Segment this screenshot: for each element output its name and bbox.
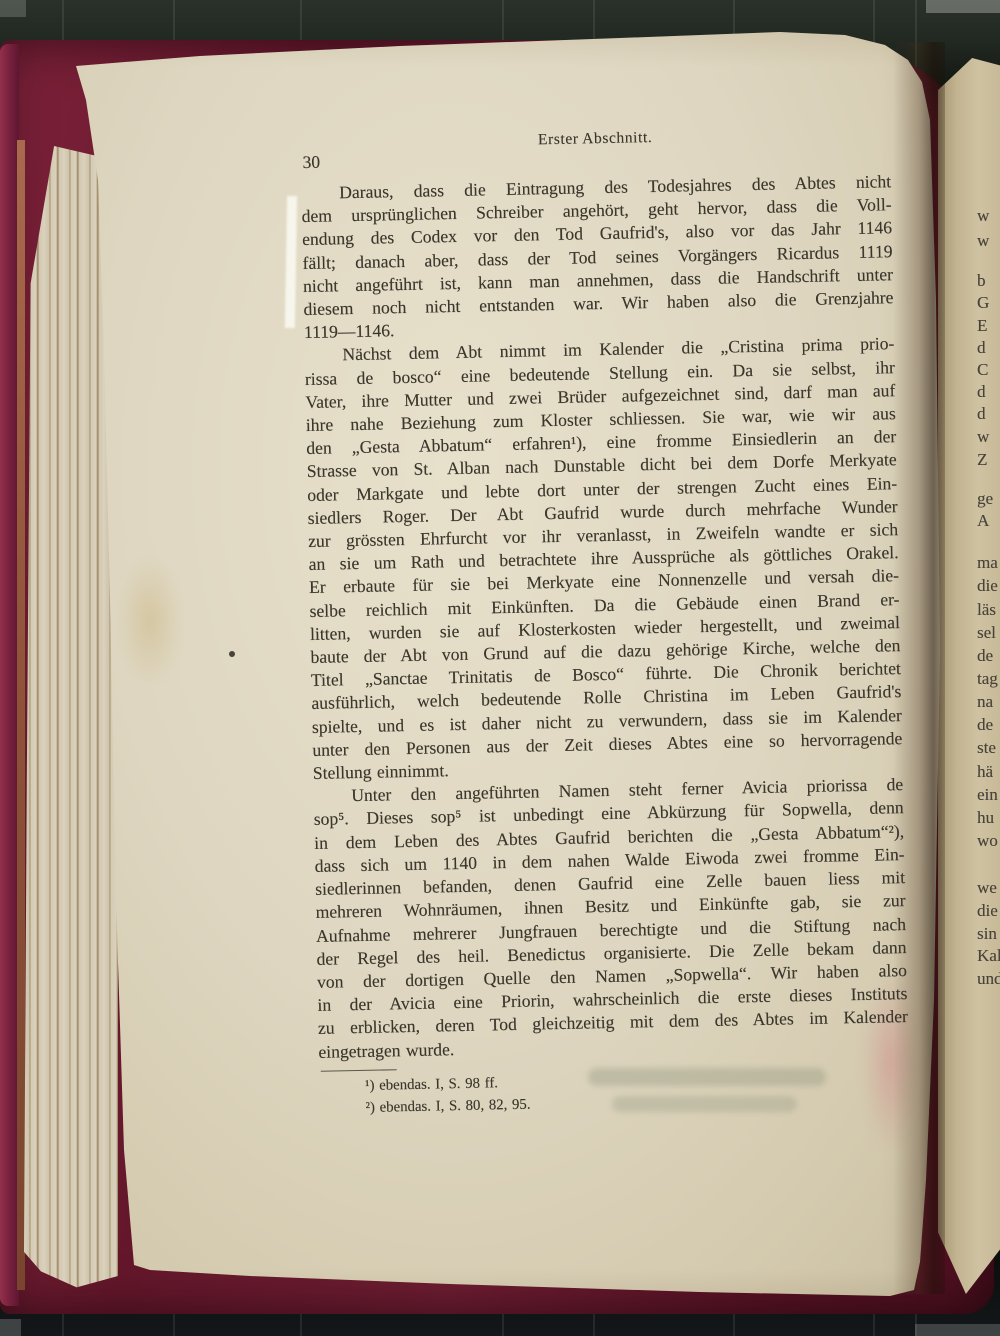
next-page-text-fragment: tag xyxy=(977,669,998,689)
paragraph: Unter den angeführten Namen steht ferner… xyxy=(313,773,908,1063)
next-page-text-fragment: ge xyxy=(977,489,993,509)
next-page-text-fragment: ein xyxy=(977,785,998,805)
next-page-text-fragment: Kal xyxy=(977,946,1000,966)
running-header: Erster Abschnitt. xyxy=(300,124,890,154)
next-page-text-fragment: d xyxy=(977,382,986,402)
next-page-text-fragment: d xyxy=(977,404,986,424)
next-page-text-fragment: C xyxy=(977,360,988,380)
next-page-text-fragment: G xyxy=(977,293,989,313)
next-page-text-fragment: sel xyxy=(977,623,996,643)
next-page-text-fragment: läs xyxy=(977,600,996,620)
paragraph: Nächst dem Abt nimmt im Kalender die „Cr… xyxy=(304,333,903,786)
printed-text-block: Erster Abschnitt. 30 Daraus, dass die Ei… xyxy=(300,124,890,136)
next-page-text-fragment: de xyxy=(977,646,993,666)
photo-of-book-page: { "document": { "header": "Erster Abschn… xyxy=(0,0,1000,1336)
next-page-text-fragment: b xyxy=(977,271,986,291)
next-page-text-fragment: A xyxy=(977,511,989,531)
next-page-text-fragment: na xyxy=(977,692,993,712)
next-page-text-fragment: Z xyxy=(977,450,987,470)
next-page-text-fragment: w xyxy=(977,231,989,251)
next-page-text-fragment: hä xyxy=(977,762,993,782)
next-page-text-fragment: die xyxy=(977,576,998,596)
next-page-text-fragment: ste xyxy=(977,738,996,758)
next-page-text-fragment: de xyxy=(977,715,993,735)
footnote-rule xyxy=(321,1069,397,1072)
next-page-text-fragment: ma xyxy=(977,553,998,573)
mat-tile xyxy=(0,0,26,17)
body-text: Daraus, dass die Eintragung des Todesjah… xyxy=(301,170,910,1120)
next-page-text-fragment: hu xyxy=(977,808,994,828)
next-page-text-fragment: sin xyxy=(977,924,997,944)
paragraph: Daraus, dass die Eintragung des Todesjah… xyxy=(301,170,894,344)
next-page-text-fragment: die xyxy=(977,901,998,921)
next-page-text-fragment: w xyxy=(977,206,989,226)
stain xyxy=(118,556,182,686)
binding-strip xyxy=(17,140,25,1290)
speck xyxy=(229,651,235,657)
book-page: Erster Abschnitt. 30 Daraus, dass die Ei… xyxy=(0,0,1000,1336)
next-page-text-fragment: wo xyxy=(977,831,998,851)
mat-tile xyxy=(915,1324,1000,1336)
next-page-text-fragment: w xyxy=(977,427,989,447)
next-page-text-fragment: E xyxy=(977,316,987,336)
next-page-text-fragment: d xyxy=(977,338,986,358)
next-page-text-fragment: und xyxy=(977,969,1000,989)
paper-repair-sliver xyxy=(285,196,297,328)
mat-tile xyxy=(926,0,1000,13)
next-page-text-fragment: we xyxy=(977,878,997,898)
page-number: 30 xyxy=(302,152,320,173)
mat-tile xyxy=(0,1319,21,1336)
